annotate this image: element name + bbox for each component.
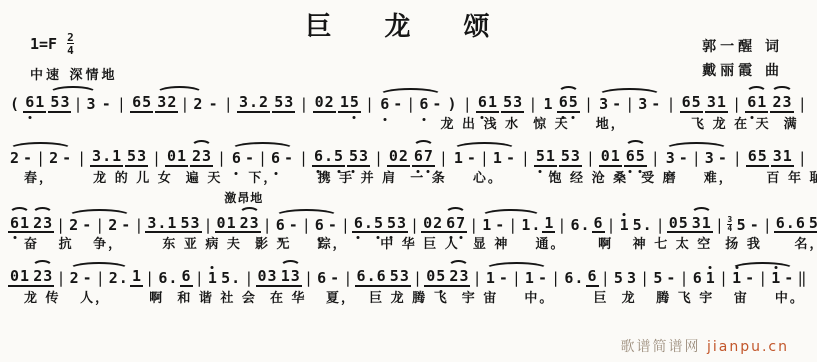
music-system: 2-|2-|3.153|0123|6-|6-|6.553|0267|1-|1-|…: [8, 138, 809, 187]
note-group: 61: [745, 95, 768, 113]
barline: |: [511, 271, 521, 287]
notation-cell: 1: [542, 216, 555, 234]
note-glyph: 5: [503, 95, 513, 111]
note-glyph: 3: [399, 269, 409, 285]
note-glyph: 6: [446, 216, 456, 232]
note-glyph: 6: [271, 151, 281, 167]
music-system: 激昂地6123|2-|2-|3.153|0123|6-|6-|6.553|026…: [8, 192, 809, 254]
notation-cell: |: [302, 271, 315, 287]
notation-cell: |: [54, 271, 67, 287]
note-group: -: [465, 151, 478, 167]
note-group: 6: [269, 151, 282, 167]
note-group: -: [207, 97, 220, 113]
barline: |: [469, 218, 479, 234]
note-group: |: [599, 271, 612, 287]
barline: |: [655, 218, 665, 234]
note-glyph: 5: [142, 95, 152, 111]
note-glyph: .: [323, 149, 333, 165]
notation-cell: 61: [691, 271, 717, 287]
barline: |: [797, 97, 807, 113]
note-group: 23: [190, 149, 213, 167]
barline: |: [194, 271, 204, 287]
note-group: ): [446, 97, 459, 113]
barline: |: [95, 271, 105, 287]
notation-cell: 6: [586, 269, 599, 287]
barline: |: [640, 271, 650, 287]
note-group: |: [623, 97, 636, 113]
note-group: |: [713, 218, 726, 234]
note-group: |: [437, 151, 450, 167]
note-group: |: [467, 218, 480, 234]
notation-cell: |: [467, 218, 480, 234]
note-glyph: 3: [190, 216, 200, 232]
notation-cell: |: [796, 97, 809, 113]
song-title: 巨 龙 颂: [0, 6, 817, 43]
note-group: |: [71, 97, 84, 113]
notation-cell: 6.: [568, 218, 591, 234]
barline: |: [600, 271, 610, 287]
note-glyph: 2: [49, 151, 59, 167]
note-group: |: [549, 271, 562, 287]
note-group: |: [75, 151, 88, 167]
barline: |: [77, 151, 87, 167]
barline: |: [262, 218, 272, 234]
watermark-site-name: 歌谱简谱网: [621, 339, 701, 355]
note-group: 34: [726, 216, 734, 233]
tempo-marking: 中速 深情地: [30, 64, 118, 83]
note-group: 1: [484, 271, 497, 287]
note-group: |: [649, 151, 662, 167]
note-glyph: -: [121, 218, 131, 234]
note-glyph: 3: [137, 149, 147, 165]
notation-cell: 67: [412, 149, 435, 167]
note-group: |: [54, 218, 67, 234]
notation-cell: 1-|1-: [484, 271, 549, 287]
notation-cell: 1-|1-: [730, 271, 795, 287]
note-glyph: 2: [33, 216, 43, 232]
note-group: |: [94, 271, 107, 287]
note-glyph: -: [678, 151, 688, 167]
note-group: |: [178, 97, 191, 113]
note-glyph: 0: [668, 216, 678, 232]
note-group: 6: [691, 271, 704, 287]
note-group: |: [506, 218, 519, 234]
note-group: 2: [68, 271, 81, 287]
notation-cell: |: [713, 218, 726, 234]
note-group: 5: [612, 271, 625, 287]
notation-cell: -: [100, 97, 113, 113]
notation-cell: 6.: [156, 271, 179, 287]
note-glyph: ): [447, 97, 457, 113]
note-group: 3: [625, 271, 638, 287]
note-glyph: 2: [324, 95, 334, 111]
note-group: |: [638, 271, 651, 287]
notation-cell: |: [555, 218, 568, 234]
note-glyph: 0: [216, 216, 226, 232]
note-glyph: 5: [691, 95, 701, 111]
barline: |: [650, 151, 660, 167]
notation-cell: ): [446, 97, 459, 113]
notation-cell: 05: [424, 269, 447, 287]
note-group: 1: [480, 218, 493, 234]
note-glyph: 6: [625, 149, 635, 165]
note-glyph: 3: [513, 95, 523, 111]
note-glyph: 2: [449, 269, 459, 285]
note-group: 6: [378, 97, 391, 113]
note-group: 5.: [631, 218, 654, 234]
note-glyph: 1: [716, 95, 726, 111]
note-glyph: 5: [274, 95, 284, 111]
note-glyph: -: [82, 271, 92, 287]
note-group: |: [408, 218, 421, 234]
note-group: 02: [421, 216, 444, 234]
barline: |: [679, 271, 689, 287]
note-glyph: 6: [314, 218, 324, 234]
notation-cell: |: [796, 151, 809, 167]
barline: |: [180, 97, 190, 113]
note-glyph: 0: [257, 269, 267, 285]
note-glyph: -: [717, 151, 727, 167]
note-glyph: 6: [564, 271, 574, 287]
note-group: |: [143, 271, 156, 287]
expression-marking: 激昂地: [8, 192, 809, 205]
notation-cell: 23: [31, 269, 54, 287]
note-group: -: [493, 218, 506, 234]
barline: |: [203, 218, 213, 234]
note-glyph: 5: [349, 95, 359, 111]
note-glyph: 1: [757, 95, 767, 111]
note-group: 01: [8, 269, 31, 287]
note-glyph: 2: [398, 149, 408, 165]
note-group: |: [363, 97, 376, 113]
notation-cell: 1-|1.: [480, 218, 542, 234]
note-group: 32: [155, 95, 178, 113]
note-glyph: 1: [35, 95, 45, 111]
notation-cell: 345-: [726, 216, 761, 233]
note-group: -: [81, 271, 94, 287]
note-glyph: 3: [704, 151, 714, 167]
note-glyph: 6: [376, 269, 386, 285]
notation-cell: 01: [599, 149, 622, 167]
note-group: 15: [338, 95, 361, 113]
note-group: |: [555, 218, 568, 234]
note-glyph: 6: [747, 95, 757, 111]
note-group: -: [748, 218, 761, 234]
notation-cell: 65: [746, 149, 769, 167]
note-group: 6: [274, 218, 287, 234]
note-glyph: 3: [43, 269, 53, 285]
barline: |: [216, 151, 226, 167]
barline: ‖: [797, 271, 807, 287]
note-group: -: [326, 218, 339, 234]
note-group: 6: [315, 271, 328, 287]
note-glyph: 6: [356, 269, 366, 285]
note-group: -: [716, 151, 729, 167]
note-group: 53: [388, 269, 411, 287]
note-glyph: .: [118, 271, 128, 287]
barline: |: [551, 271, 561, 287]
note-group: 3: [636, 97, 649, 113]
note-glyph: 2: [69, 218, 79, 234]
note-group: |: [526, 97, 539, 113]
notation-cell: |: [372, 151, 385, 167]
barline: |: [606, 218, 616, 234]
note-group: 3.1: [90, 149, 123, 167]
note-glyph: 1: [524, 271, 534, 287]
barline: |: [244, 271, 254, 287]
note-group: |: [222, 97, 235, 113]
note-group: 6: [417, 97, 430, 113]
note-group: 6.5: [352, 216, 385, 234]
note-group: 23: [238, 216, 261, 234]
notation-cell: |: [75, 151, 88, 167]
note-group: -: [743, 271, 756, 287]
note-group: 1: [523, 271, 536, 287]
note-glyph: -: [208, 97, 218, 113]
note-glyph: 3: [638, 97, 648, 113]
notation-cell: 51: [534, 149, 557, 167]
note-glyph: 5: [568, 95, 578, 111]
notation-cell: 1-|1-: [452, 151, 517, 167]
notation-cell: 01: [165, 149, 188, 167]
note-group: |: [54, 271, 67, 287]
note-glyph: .: [168, 271, 178, 287]
notation-cell: 2-|2-: [67, 218, 132, 234]
note-group: |: [256, 151, 269, 167]
note-group: 31: [705, 95, 728, 113]
note-glyph: 2: [33, 269, 43, 285]
note-glyph: 3: [157, 95, 167, 111]
note-glyph: 6: [775, 216, 785, 232]
notation-cell: |: [242, 271, 255, 287]
note-group: |: [756, 271, 769, 287]
notation-cell: 67: [444, 216, 467, 234]
notation-cell: 6-|6-: [378, 97, 443, 113]
notation-cell: 53: [388, 269, 411, 287]
notation-cell: 23: [770, 95, 793, 113]
key-label: 1=F: [30, 35, 57, 53]
notation-cell: 3.1: [90, 149, 123, 167]
note-group: 02: [313, 95, 336, 113]
notation-cell: 53|3: [48, 95, 97, 113]
note-glyph: 6: [558, 95, 568, 111]
barline: |: [758, 271, 768, 287]
note-group: 6.5: [312, 149, 345, 167]
notation-cell: |: [297, 151, 310, 167]
note-group: 31: [771, 149, 794, 167]
notation-cell: (: [8, 97, 21, 113]
notation-cell: 6-: [315, 271, 341, 287]
barline: |: [73, 97, 83, 113]
note-glyph: 0: [423, 216, 433, 232]
notation-cell: |: [599, 271, 612, 287]
note-group: -: [287, 218, 300, 234]
note-group: |: [372, 151, 385, 167]
note-glyph: 6: [681, 95, 691, 111]
barline: |: [691, 151, 701, 167]
note-glyph: 3: [459, 269, 469, 285]
note-glyph: 1: [485, 271, 495, 287]
notation-cell: 23: [238, 216, 261, 234]
note-glyph: 6: [317, 271, 327, 287]
note-group: -: [664, 271, 677, 287]
note-glyph: 1: [771, 271, 781, 287]
note-group: |: [717, 271, 730, 287]
notation-cell: 32|2: [155, 95, 204, 113]
note-glyph: 0: [426, 269, 436, 285]
note-group: 53: [559, 149, 582, 167]
notation-cell: 31: [771, 149, 794, 167]
barline: |: [528, 97, 538, 113]
note-group: -: [282, 151, 295, 167]
barline: |: [472, 271, 482, 287]
notation-cell: |: [363, 97, 376, 113]
note-group: 01: [215, 216, 238, 234]
note-glyph: 3: [691, 216, 701, 232]
note-glyph: 3: [86, 97, 96, 113]
note-glyph: 2: [167, 95, 177, 111]
note-glyph: 5: [736, 218, 746, 234]
notation-cell: 3-|3-: [597, 97, 662, 113]
note-group: 3: [85, 97, 98, 113]
note-glyph: 1: [610, 149, 620, 165]
note-group: 31: [690, 216, 713, 234]
note-glyph: 2: [193, 97, 203, 113]
note-glyph: -: [23, 151, 33, 167]
note-group: 2: [67, 218, 80, 234]
note-group: |: [341, 271, 354, 287]
note-group: 6: [592, 216, 605, 234]
note-glyph: 5: [535, 149, 545, 165]
note-glyph: 1: [20, 216, 30, 232]
notation-cell: 2-|2.: [68, 271, 130, 287]
note-glyph: .: [785, 216, 795, 232]
note-group: 1: [491, 151, 504, 167]
barline: |: [410, 218, 420, 234]
notation-cell: 5.: [219, 271, 242, 287]
barline: |: [625, 97, 635, 113]
note-group: 3: [597, 97, 610, 113]
meter-change-denominator: 4: [727, 224, 732, 233]
note-group: |: [215, 151, 228, 167]
note-group: |: [582, 97, 595, 113]
note-glyph: .: [231, 271, 241, 287]
notation-cell: 1: [206, 271, 219, 287]
score: (6153|3-|6532|2-|3.253|0215|6-|6-)|6153|…: [8, 84, 809, 312]
notation-cell: 3-|3-: [664, 151, 729, 167]
note-glyph: 6: [181, 269, 191, 285]
watermark: 歌谱简谱网 jianpu.cn: [621, 336, 789, 356]
barline: |: [223, 97, 233, 113]
note-group: 6.6: [774, 216, 807, 234]
note-glyph: -: [327, 218, 337, 234]
note-glyph: 1: [131, 269, 141, 285]
note-group: -: [119, 218, 132, 234]
note-group: ‖: [795, 271, 808, 287]
note-glyph: 1: [705, 271, 715, 287]
note-glyph: 1: [701, 216, 711, 232]
note-glyph: 1: [112, 149, 122, 165]
note-glyph: 1: [339, 95, 349, 111]
barline: |: [298, 151, 308, 167]
notation-cell: |: [202, 218, 215, 234]
note-glyph: 5: [653, 271, 663, 287]
note-glyph: 5: [221, 271, 231, 287]
note-glyph: 5: [180, 216, 190, 232]
note-glyph: 1: [20, 269, 30, 285]
notation-cell: 6.5: [312, 149, 345, 167]
lyrics-line: 春， 龙 的 儿 女 遍 天 下， 携 手 并 肩 一 条 心。 饱 经 沧 桑…: [8, 170, 809, 187]
note-glyph: -: [62, 151, 72, 167]
notation-line: (6153|3-|6532|2-|3.253|0215|6-|6-)|6153|…: [8, 84, 809, 113]
notation-cell: |: [297, 97, 310, 113]
note-glyph: -: [495, 218, 505, 234]
note-group: 1: [730, 271, 743, 287]
barline: |: [718, 271, 728, 287]
notation-cell: 31: [705, 95, 728, 113]
notation-cell: 6: [592, 216, 605, 234]
note-glyph: 1: [619, 218, 629, 234]
note-glyph: 6: [158, 271, 168, 287]
barline: |: [732, 151, 742, 167]
notation-cell: 05: [667, 216, 690, 234]
barline: |: [303, 271, 313, 287]
note-glyph: 2: [108, 218, 118, 234]
barline: |: [299, 97, 309, 113]
barline: |: [666, 97, 676, 113]
note-group: 23: [447, 269, 470, 287]
note-group: -: [243, 151, 256, 167]
notation-cell: 65: [680, 95, 703, 113]
note-glyph: (: [10, 97, 20, 113]
note-group: -: [80, 218, 93, 234]
notation-line: 6123|2-|2-|3.153|0123|6-|6-|6.553|0267|1…: [8, 205, 809, 234]
note-glyph: .: [102, 149, 112, 165]
watermark-url: jianpu.cn: [707, 339, 789, 355]
note-group: 13: [279, 269, 302, 287]
note-group: 5: [735, 218, 748, 234]
note-glyph: 5: [632, 218, 642, 234]
note-glyph: 6: [353, 216, 363, 232]
note-group: 1: [542, 97, 555, 113]
note-glyph: .: [642, 218, 652, 234]
note-glyph: 6: [795, 216, 805, 232]
note-glyph: -: [666, 271, 676, 287]
barline: |: [797, 151, 807, 167]
notation-cell: 53: [559, 149, 582, 167]
notation-cell: 5-: [651, 271, 677, 287]
note-group: 65: [680, 95, 703, 113]
notation-cell: 1: [618, 218, 631, 234]
lyrics-line: 龙 传 人， 啊 和 谐 社 会 在 华 夏， 巨 龙 腾 飞 宇 宙 中。 巨…: [8, 290, 809, 307]
note-glyph: 5: [808, 216, 817, 232]
note-glyph: -: [505, 151, 515, 167]
notation-cell: 6: [180, 269, 193, 287]
note-group: 53: [125, 149, 148, 167]
notation-cell: 01: [215, 216, 238, 234]
notation-cell: |: [143, 271, 156, 287]
notation-cell: 65: [557, 95, 580, 113]
note-glyph: .: [366, 269, 376, 285]
note-glyph: -: [288, 218, 298, 234]
note-glyph: 7: [423, 149, 433, 165]
note-glyph: 1: [226, 216, 236, 232]
note-group: -: [649, 97, 662, 113]
composer-credit: 戴丽霞 曲: [702, 60, 783, 84]
note-group: -: [782, 271, 795, 287]
notation-cell: |: [339, 218, 352, 234]
note-glyph: 6: [692, 271, 702, 287]
